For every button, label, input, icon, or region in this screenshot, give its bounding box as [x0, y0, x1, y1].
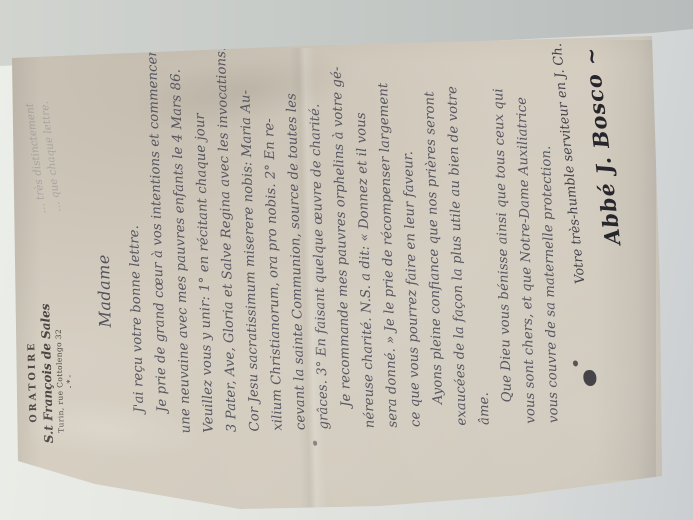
signature-abbe-bosco: Abbé J. Bosco ~ — [578, 45, 626, 246]
ink-speck — [313, 441, 317, 446]
ink-blot — [583, 370, 596, 386]
photo-of-letter: ORATOIRE S.t François de Sales Turin, ru… — [0, 0, 693, 520]
letter-rotation-wrapper: ORATOIRE S.t François de Sales Turin, ru… — [14, 32, 668, 460]
letterhead-title: ORATOIRE — [26, 319, 40, 443]
salutation: Madame — [94, 254, 115, 328]
letter-body: J'ai reçu votre bonne lettre. Je prie de… — [118, 47, 565, 435]
ink-blot — [573, 360, 578, 366]
faint-showthrough-note: … très distinctement … que chaque lettre… — [17, 54, 65, 214]
letter-paper: ORATOIRE S.t François de Sales Turin, ru… — [0, 0, 693, 520]
letter-page: ORATOIRE S.t François de Sales Turin, ru… — [14, 32, 665, 460]
letterhead-stamp: ORATOIRE S.t François de Sales Turin, ru… — [26, 318, 76, 443]
